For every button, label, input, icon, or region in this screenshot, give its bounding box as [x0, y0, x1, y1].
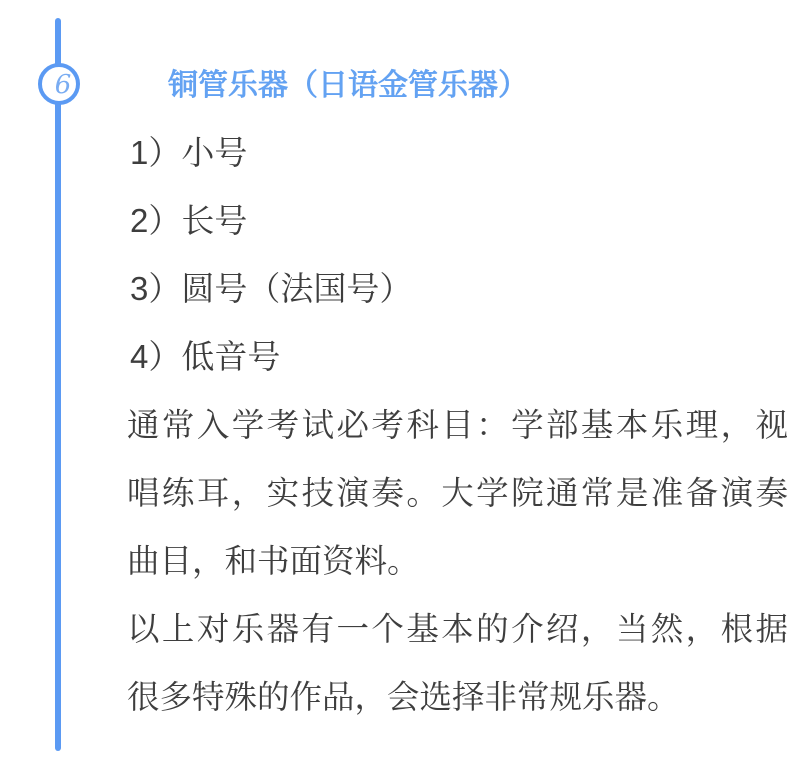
- list-item: 3）圆号（法国号）: [130, 255, 412, 323]
- timeline-line: [55, 18, 61, 751]
- section-number-badge: 6: [38, 63, 80, 105]
- paragraph-line: 很多特殊的作品，会选择非常规乐器。: [127, 663, 788, 731]
- section-heading: 铜管乐器（日语金管乐器）: [168, 68, 528, 104]
- paragraph-line: 通常入学考试必考科目：学部基本乐理，视: [127, 391, 788, 459]
- list-item: 2）长号: [130, 187, 412, 255]
- list-item: 1）小号: [130, 119, 412, 187]
- paragraph-line: 唱练耳，实技演奏。大学院通常是准备演奏: [127, 459, 788, 527]
- paragraph-line: 以上对乐器有一个基本的介绍，当然，根据: [127, 595, 788, 663]
- section-number: 6: [55, 72, 72, 98]
- paragraph-line: 曲目，和书面资料。: [127, 527, 788, 595]
- body-paragraphs: 通常入学考试必考科目：学部基本乐理，视 唱练耳，实技演奏。大学院通常是准备演奏 …: [127, 391, 788, 731]
- instrument-list: 1）小号 2）长号 3）圆号（法国号） 4）低音号: [130, 119, 412, 391]
- document-page: 6 铜管乐器（日语金管乐器） 1）小号 2）长号 3）圆号（法国号） 4）低音号…: [0, 0, 800, 769]
- list-item: 4）低音号: [130, 323, 412, 391]
